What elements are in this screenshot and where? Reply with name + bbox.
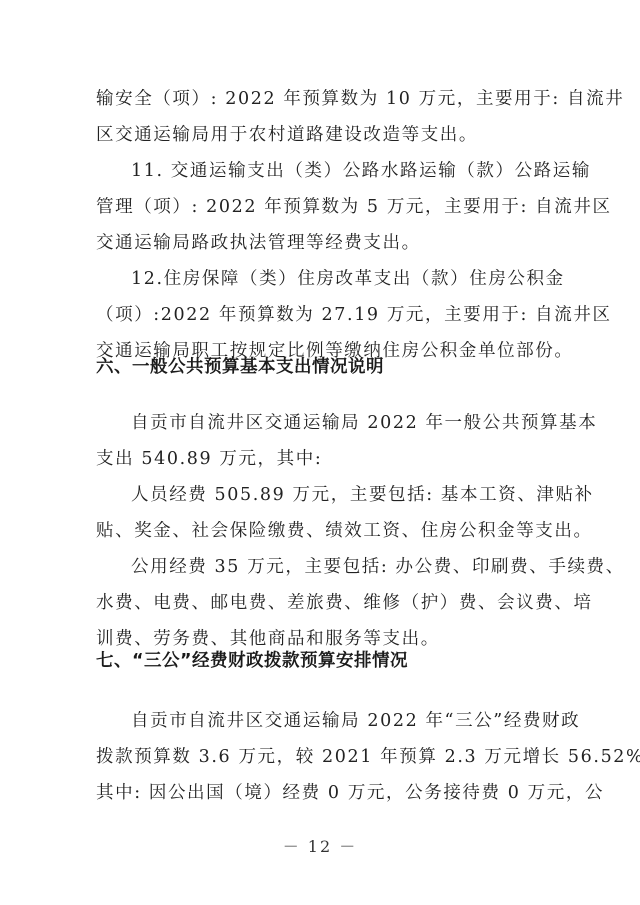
section-heading-6: 六、一般公共预算基本支出情况说明 [96,356,384,378]
paragraph-line: 自贡市自流井区交通运输局 2022 年一般公共预算基本 [131,412,548,434]
paragraph-line: 人员经费 505.89 万元，主要包括: 基本工资、津贴补 [131,484,548,506]
page-number: － 12 － [0,834,640,857]
paragraph-line: 管理（项）: 2022 年预算数为 5 万元，主要用于: 自流井区 [96,196,548,218]
paragraph-line: 拨款预算数 3.6 万元，较 2021 年预算 2.3 万元增长 56.52%, [96,746,548,768]
paragraph-line: 其中: 因公出国（境）经费 0 万元，公务接待费 0 万元，公 [96,782,548,804]
paragraph-line: 训费、劳务费、其他商品和服务等支出。 [96,628,548,650]
paragraph-line: 公用经费 35 万元，主要包括: 办公费、印刷费、手续费、 [131,556,548,578]
paragraph-line: 11. 交通运输支出（类）公路水路运输（款）公路运输 [131,160,548,182]
paragraph-line: 贴、奖金、社会保险缴费、绩效工资、住房公积金等支出。 [96,520,548,542]
section-heading-7: 七、“三公”经费财政拨款预算安排情况 [96,650,408,672]
paragraph-line: （项）:2022 年预算数为 27.19 万元，主要用于: 自流井区 [96,304,548,326]
paragraph-line: 12.住房保障（类）住房改革支出（款）住房公积金 [131,268,548,290]
paragraph-line: 水费、电费、邮电费、差旅费、维修（护）费、会议费、培 [96,592,548,614]
paragraph-line: 区交通运输局用于农村道路建设改造等支出。 [96,124,548,146]
paragraph-line: 自贡市自流井区交通运输局 2022 年“三公”经费财政 [131,710,548,732]
paragraph-line: 交通运输局路政执法管理等经费支出。 [96,232,548,254]
paragraph-line: 输安全（项）: 2022 年预算数为 10 万元，主要用于: 自流井 [96,88,548,110]
paragraph-line: 支出 540.89 万元，其中: [96,448,548,470]
